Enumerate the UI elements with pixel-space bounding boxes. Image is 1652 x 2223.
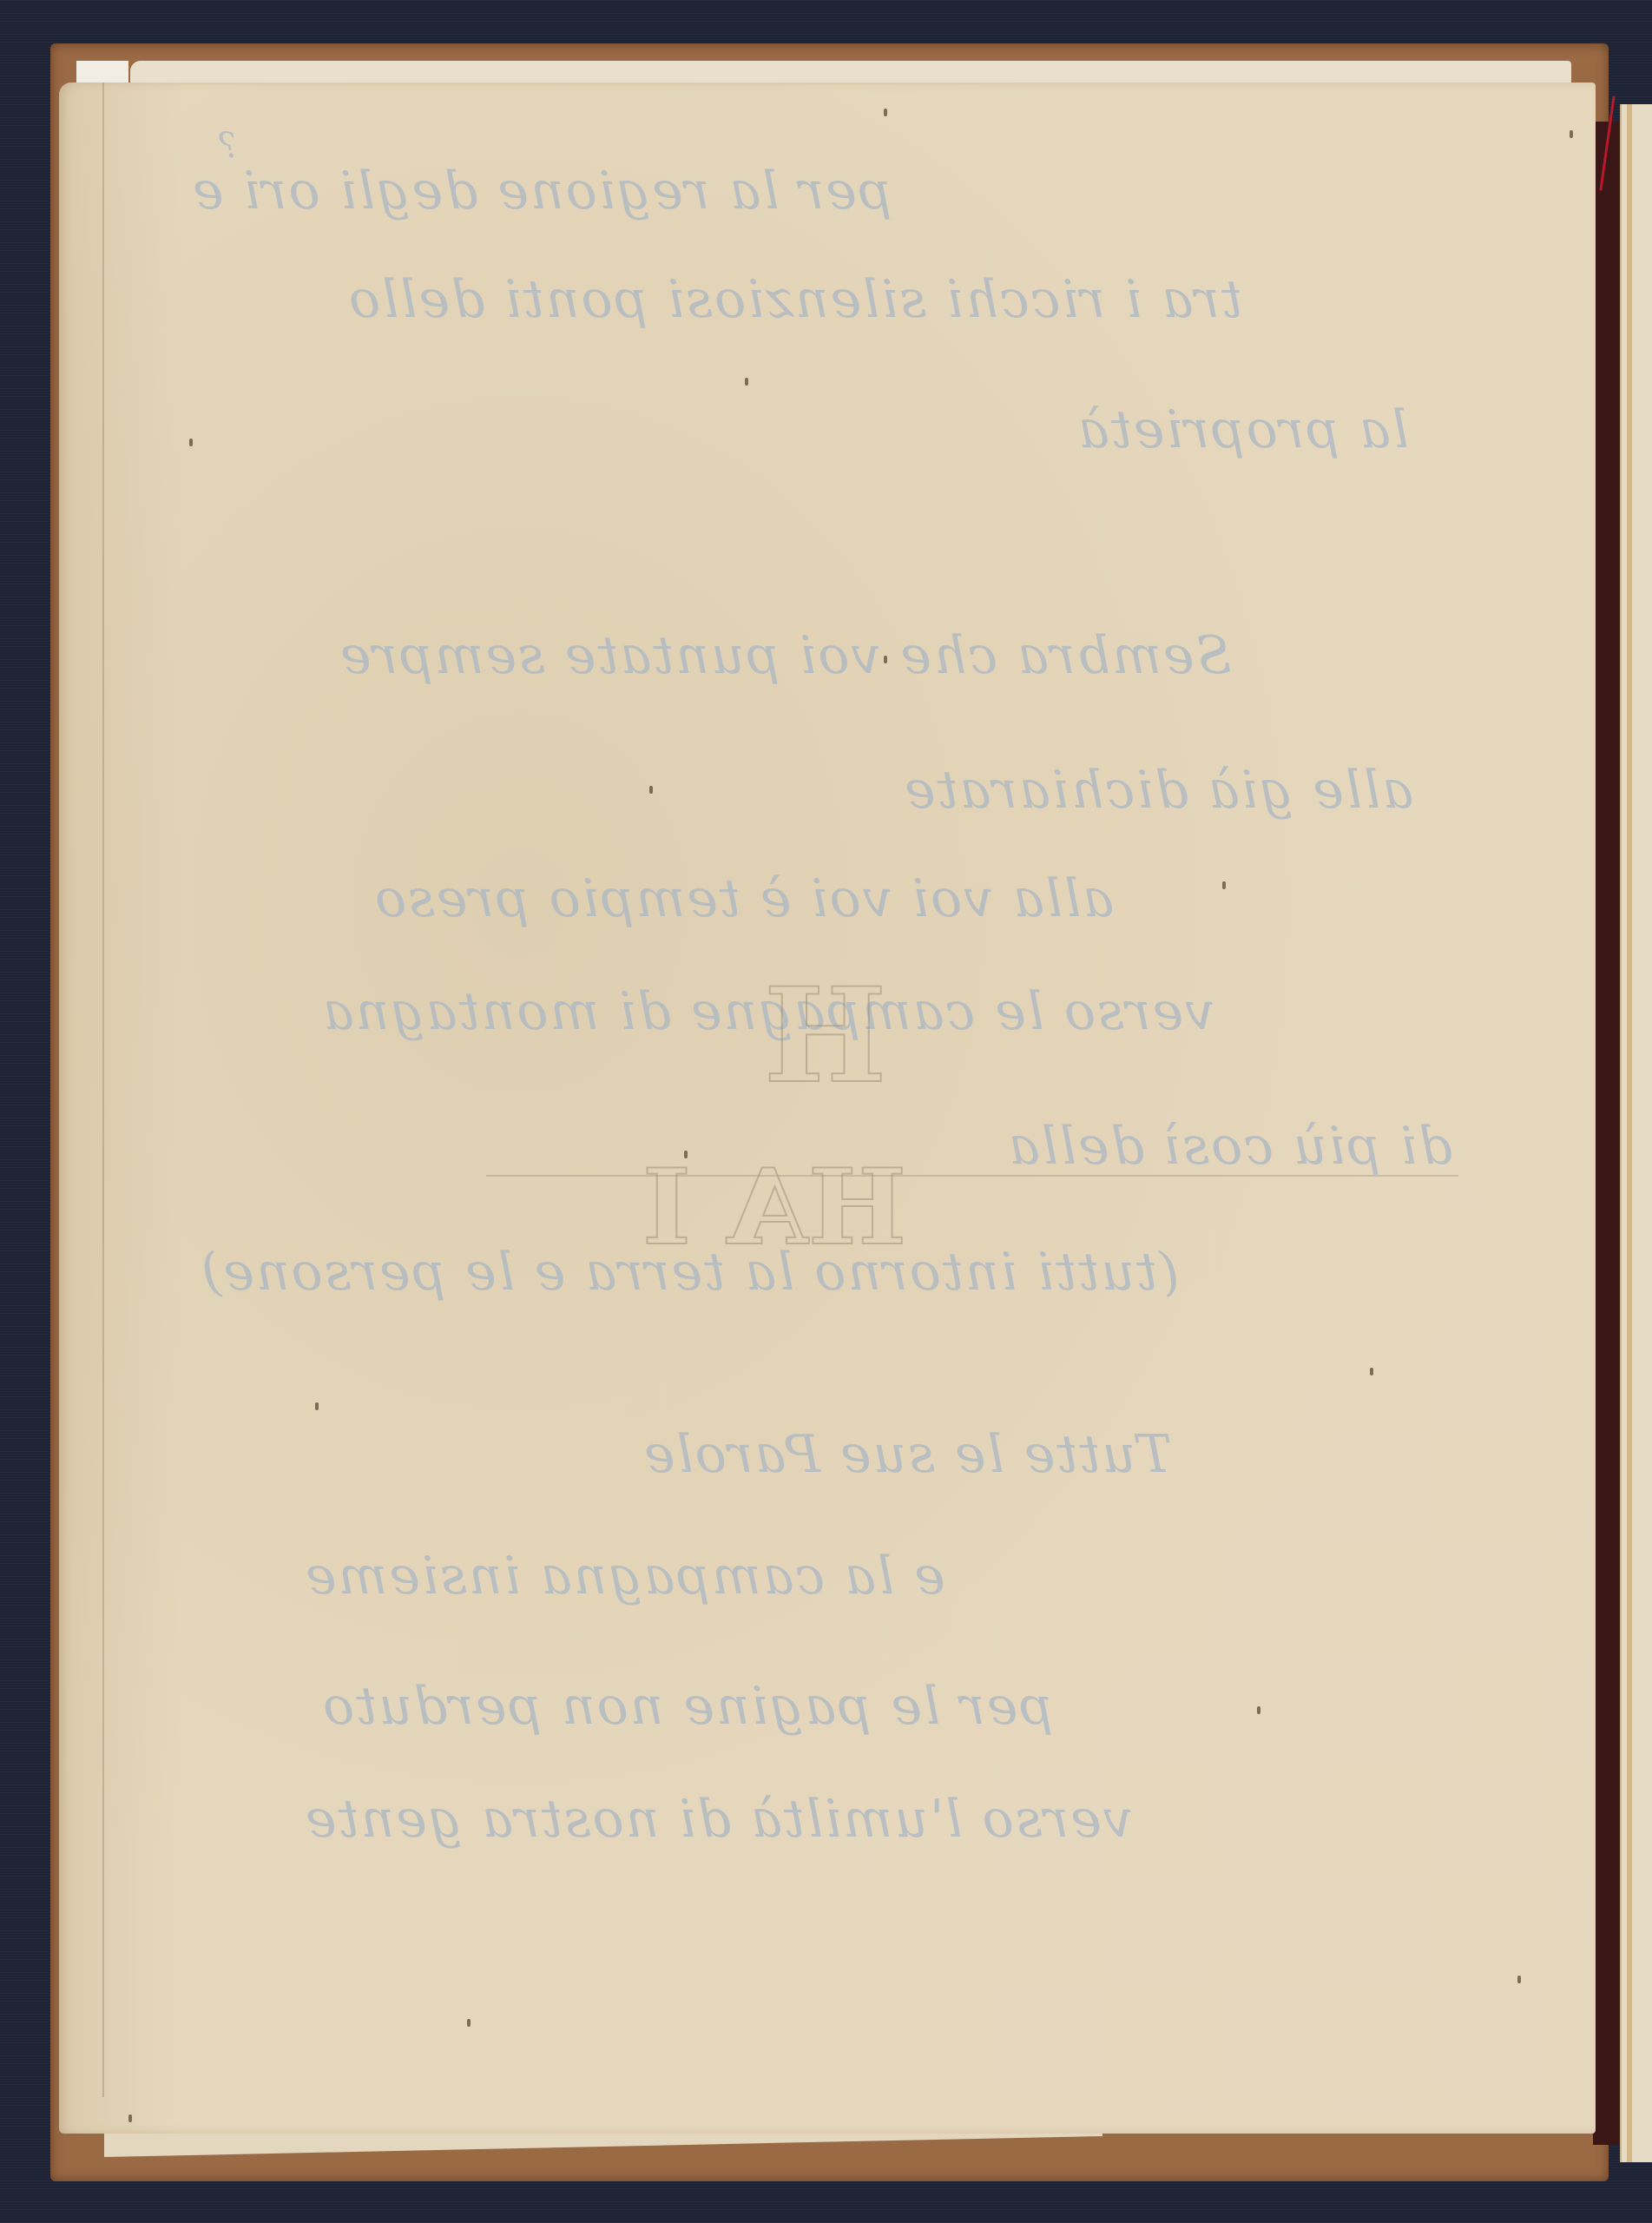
bleed-through-line: e la campagna insieme <box>304 1546 945 1606</box>
bleed-through-line: alle già dichiarate <box>903 760 1413 821</box>
paper-speck <box>649 786 653 794</box>
bleed-through-monogram-upper: H <box>764 960 887 1112</box>
binding-gutter <box>1593 122 1619 2145</box>
paper-speck <box>1257 1706 1260 1714</box>
bleed-through-line: di più così della <box>1007 1116 1452 1177</box>
page-fold-line <box>102 82 104 2097</box>
paper-speck <box>189 439 193 446</box>
paper-speck <box>128 2114 132 2122</box>
bleed-through-line: verso l'umiltà di nostra gente <box>304 1789 1133 1850</box>
bleed-through-line: tra i ricchi silenziosi ponti dello <box>347 269 1242 330</box>
paper-speck <box>745 378 748 386</box>
facing-page-edge <box>1620 104 1652 2162</box>
paper-speck <box>1517 1976 1521 1983</box>
paper-speck <box>315 1402 319 1410</box>
paper-speck <box>884 109 887 116</box>
bleed-through-monogram-lower: HA I <box>642 1146 906 1269</box>
paper-speck <box>467 2019 471 2027</box>
facing-page-edge-shadow <box>1627 104 1632 2162</box>
paper-speck <box>1370 1368 1373 1375</box>
bleed-through-line: Sembra che voi puntate sempre <box>339 625 1232 686</box>
bleed-through-line: per le pagine non perduto <box>321 1676 1053 1737</box>
bleed-through-line: la proprietà <box>1076 399 1409 460</box>
bleed-through-line: per la regione degli ori e <box>191 161 892 221</box>
bleed-through-line: Tutte le sue Parole <box>642 1424 1172 1485</box>
paper-speck <box>1570 130 1573 138</box>
paper-speck <box>1222 881 1226 889</box>
bleed-through-line: alla voi voi è tempio preso <box>373 868 1114 929</box>
bleed-through-rule <box>486 1175 1458 1177</box>
bleed-through-margin-mark: ? <box>217 126 237 166</box>
